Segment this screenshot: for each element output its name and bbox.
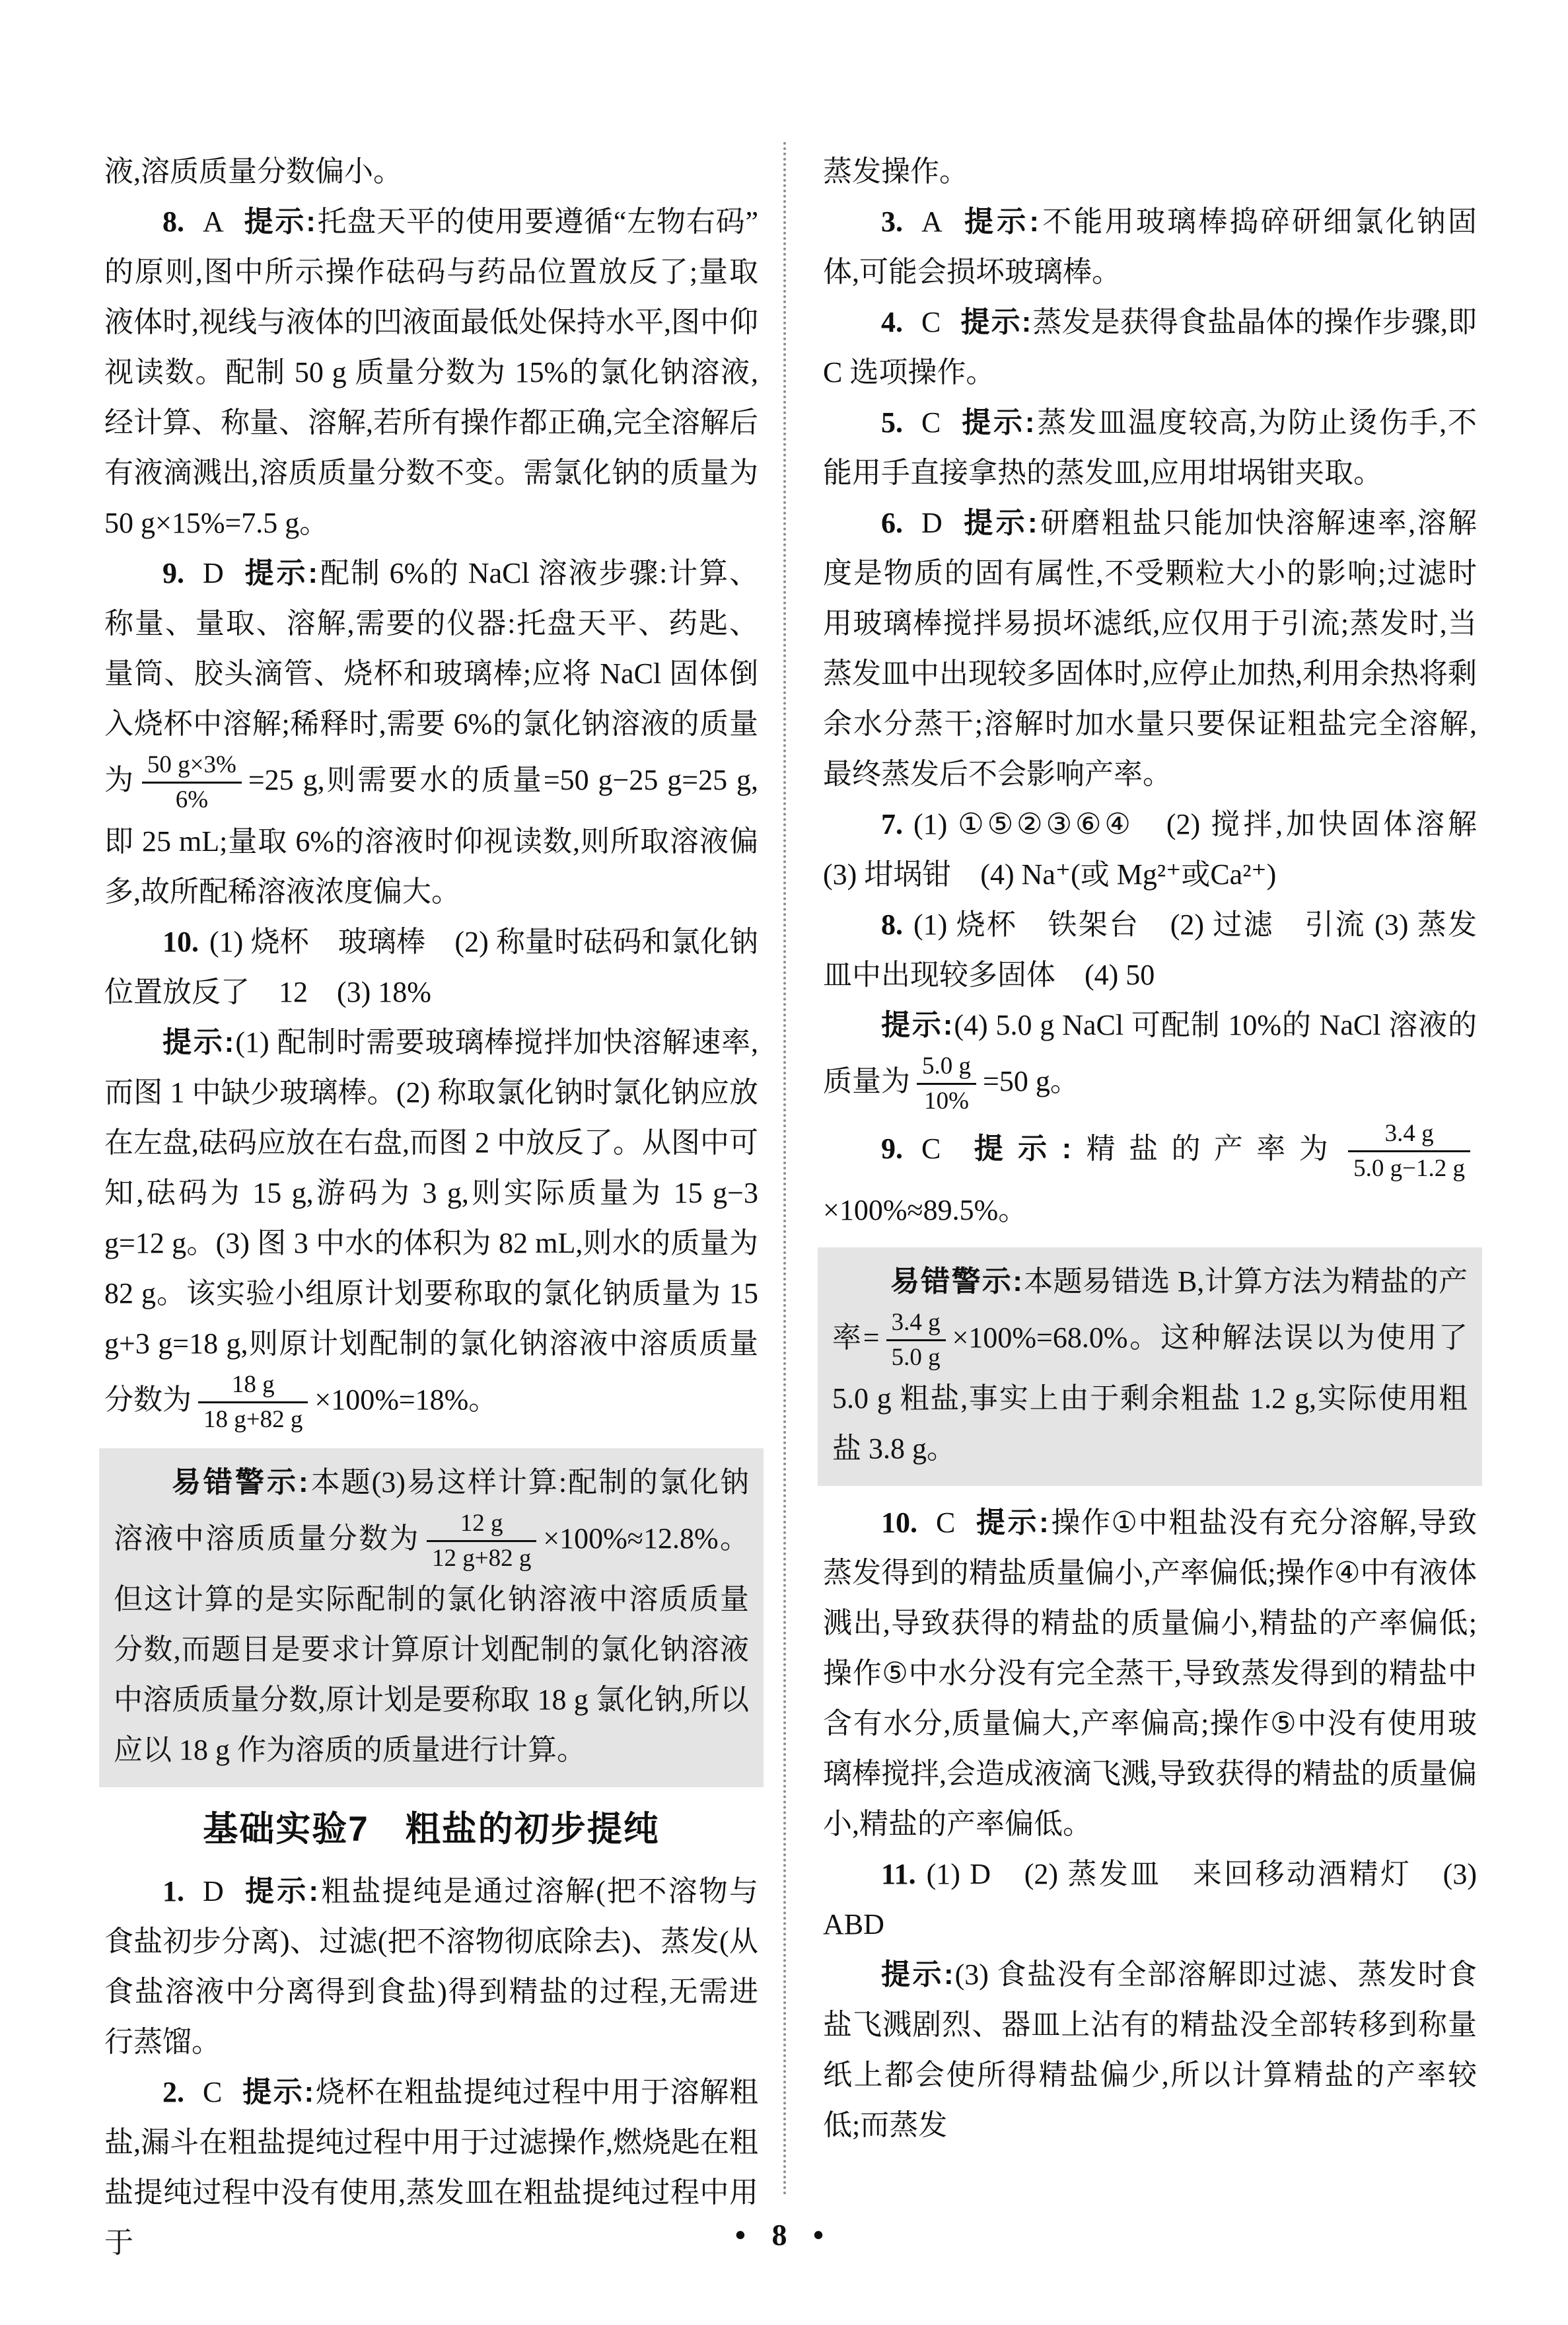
hint-label: 提示: bbox=[881, 1009, 954, 1041]
answer-item: 11.(1) D (2) 蒸发皿 来回移动酒精灯 (3) ABD bbox=[823, 1849, 1477, 1950]
fraction-denominator: 5.0 g bbox=[886, 1341, 946, 1372]
item-number: 8. bbox=[881, 908, 903, 941]
answer-letter: C bbox=[203, 2076, 222, 2108]
hint-label: 提示: bbox=[244, 557, 319, 589]
fraction: 3.4 g5.0 g bbox=[886, 1308, 946, 1373]
answer-letter: C bbox=[921, 406, 941, 439]
hint-item: 1.D提示:粗盐提纯是通过溶解(把不溶物与食盐初步分离)、过滤(把不溶物彻底除去… bbox=[104, 1866, 758, 2067]
answer-letter: D bbox=[203, 557, 224, 589]
answer-letter: C bbox=[936, 1506, 955, 1539]
item-number: 10. bbox=[881, 1506, 917, 1539]
hint-item: 5.C提示:蒸发皿温度较高,为防止烫伤手,不能用手直接拿热的蒸发皿,应用坩埚钳夹… bbox=[823, 398, 1477, 498]
hint-item: 6.D提示:研磨粗盐只能加快溶解速率,溶解度是物质的固有属性,不受颗粒大小的影响… bbox=[823, 498, 1477, 799]
hint-label: 提示: bbox=[881, 1958, 955, 1991]
hint-label: 提示: bbox=[962, 507, 1039, 539]
fraction-denominator: 12 g+82 g bbox=[427, 1542, 536, 1573]
fraction: 3.4 g5.0 g−1.2 g bbox=[1348, 1119, 1470, 1184]
item-number: 2. bbox=[162, 2076, 184, 2108]
answer-item: 10.(1) 烧杯 玻璃棒 (2) 称量时砝码和氯化钠位置放反了 12 (3) … bbox=[104, 917, 758, 1017]
hint-label: 提示: bbox=[962, 205, 1040, 238]
hint-label: 提示: bbox=[960, 306, 1032, 338]
warning-box: 易错警示:本题(3)易这样计算:配制的氯化钠溶液中溶质质量分数为12 g12 g… bbox=[99, 1448, 764, 1788]
hint-paragraph: 提示:(1) 配制时需要玻璃棒搅拌加快溶解速率,而图 1 中缺少玻璃棒。(2) … bbox=[104, 1017, 758, 1436]
answer-letter: D bbox=[921, 507, 943, 539]
fraction-numerator: 3.4 g bbox=[886, 1308, 946, 1341]
fraction: 18 g18 g+82 g bbox=[198, 1370, 308, 1435]
fraction-numerator: 50 g×3% bbox=[142, 751, 242, 784]
section-heading: 基础实验7 粗盐的初步提纯 bbox=[104, 1804, 758, 1855]
answer-letter: A bbox=[921, 205, 943, 238]
fraction-denominator: 6% bbox=[142, 784, 242, 815]
item-number: 9. bbox=[881, 1132, 903, 1165]
continuation-paragraph: 蒸发操作。 bbox=[823, 147, 1477, 197]
hint-item: 9.D提示:配制 6%的 NaCl 溶液步骤:计算、称量、量取、溶解,需要的仪器… bbox=[104, 548, 758, 917]
hint-item: 3.A提示:不能用玻璃棒捣碎研细氯化钠固体,可能会损坏玻璃棒。 bbox=[823, 197, 1477, 297]
warning-box: 易错警示:本题易错选 B,计算方法为精盐的产率=3.4 g5.0 g×100%=… bbox=[818, 1247, 1482, 1487]
fraction-denominator: 5.0 g−1.2 g bbox=[1348, 1152, 1470, 1183]
fraction: 5.0 g10% bbox=[917, 1052, 976, 1117]
item-number: 11. bbox=[881, 1858, 916, 1890]
item-number: 10. bbox=[162, 926, 199, 958]
fraction-denominator: 18 g+82 g bbox=[198, 1403, 308, 1434]
fraction: 50 g×3%6% bbox=[142, 751, 242, 815]
item-number: 5. bbox=[881, 406, 903, 439]
answer-letter: C bbox=[921, 1132, 941, 1165]
item-number: 1. bbox=[162, 1875, 184, 1907]
hint-item: 10.C提示:操作①中粗盐没有充分溶解,导致蒸发得到的精盐质量偏小,产率偏低;操… bbox=[823, 1498, 1477, 1849]
hint-item: 8.A提示:托盘天平的使用要遵循“左物右码”的原则,图中所示操作砝码与药品位置放… bbox=[104, 197, 758, 548]
item-number: 6. bbox=[881, 507, 903, 539]
continuation-paragraph: 液,溶质质量分数偏小。 bbox=[104, 147, 758, 197]
hint-label: 提示: bbox=[960, 1132, 1073, 1165]
column-right: 蒸发操作。3.A提示:不能用玻璃棒捣碎研细氯化钠固体,可能会损坏玻璃棒。4.C提… bbox=[823, 147, 1477, 2151]
answer-letter: C bbox=[921, 306, 941, 338]
hint-paragraph: 提示:(3) 食盐没有全部溶解即过滤、蒸发时食盐飞溅剧烈、器皿上沾有的精盐没全部… bbox=[823, 1950, 1477, 2151]
fraction-numerator: 12 g bbox=[427, 1509, 536, 1542]
hint-label: 易错警示: bbox=[172, 1466, 310, 1498]
hint-label: 提示: bbox=[975, 1506, 1050, 1539]
item-number: 3. bbox=[881, 205, 903, 238]
hint-label: 提示: bbox=[960, 406, 1036, 439]
hint-label: 提示: bbox=[242, 2076, 315, 2108]
hint-label: 易错警示: bbox=[890, 1265, 1024, 1298]
hint-item: 9.C提示:精盐的产率为3.4 g5.0 g−1.2 g×100%≈89.5%。 bbox=[823, 1118, 1477, 1236]
hint-label: 提示: bbox=[244, 1875, 320, 1907]
page-number: • 8 • bbox=[0, 2210, 1568, 2260]
hint-label: 提示: bbox=[162, 1026, 235, 1058]
item-number: 4. bbox=[881, 306, 903, 338]
fraction-denominator: 10% bbox=[917, 1085, 976, 1116]
answer-letter: D bbox=[203, 1875, 224, 1907]
item-number: 7. bbox=[881, 808, 903, 840]
hint-item: 4.C提示:蒸发是获得食盐晶体的操作步骤,即 C 选项操作。 bbox=[823, 297, 1477, 398]
fraction-numerator: 3.4 g bbox=[1348, 1119, 1470, 1152]
fraction-numerator: 5.0 g bbox=[917, 1052, 976, 1085]
answer-letter: A bbox=[203, 205, 224, 238]
answer-item: 8.(1) 烧杯 铁架台 (2) 过滤 引流 (3) 蒸发皿中出现较多固体 (4… bbox=[823, 900, 1477, 1000]
item-number: 8. bbox=[162, 205, 184, 238]
hint-label: 提示: bbox=[244, 205, 317, 238]
fraction-numerator: 18 g bbox=[198, 1370, 308, 1403]
column-divider bbox=[783, 142, 786, 2197]
column-left: 液,溶质质量分数偏小。8.A提示:托盘天平的使用要遵循“左物右码”的原则,图中所… bbox=[104, 147, 758, 2268]
answer-item: 7.(1) ①⑤②③⑥④ (2) 搅拌,加快固体溶解 (3) 坩埚钳 (4) N… bbox=[823, 799, 1477, 900]
hint-paragraph: 提示:(4) 5.0 g NaCl 可配制 10%的 NaCl 溶液的质量为5.… bbox=[823, 1000, 1477, 1118]
item-number: 9. bbox=[162, 557, 184, 589]
fraction: 12 g12 g+82 g bbox=[427, 1509, 536, 1574]
